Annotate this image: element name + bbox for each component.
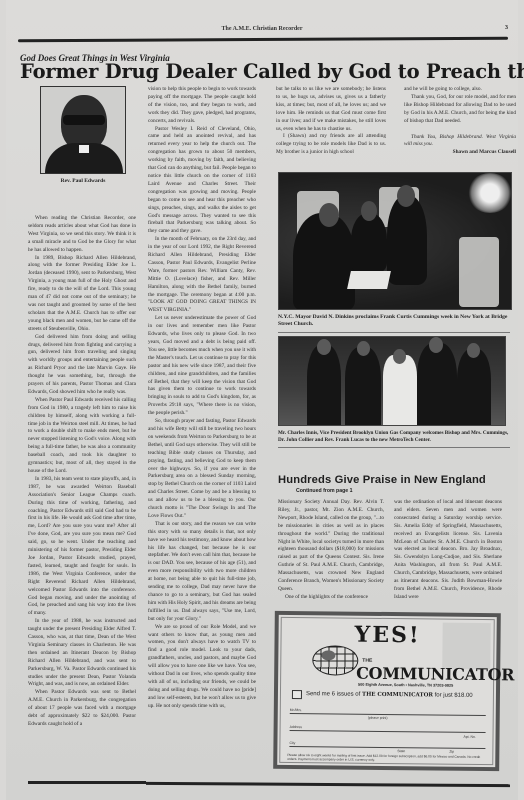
- paragraph: In the year of 1988, he was instructed a…: [28, 618, 136, 689]
- paragraph: Let us never underestimate the power of …: [148, 315, 256, 418]
- face-shape: [357, 341, 370, 356]
- article-headline: Former Drug Dealer Called by God to Prea…: [20, 60, 516, 83]
- globe-logo-icon: [312, 645, 358, 675]
- paragraph: Thank you, God, for our role model, and …: [404, 94, 516, 126]
- caption-rule: [278, 447, 510, 448]
- paragraph: In 1983, his team went to state playoffs…: [28, 476, 136, 618]
- dinkins-photo: [278, 172, 512, 310]
- paragraph: When Pastor Edwards was sent to Bethel A…: [28, 689, 136, 729]
- footer-rule: [146, 782, 510, 787]
- article1-column-1: When reading the Christian Recorder, one…: [28, 215, 136, 729]
- paragraph: but he talks to us like we are somebody;…: [276, 86, 386, 133]
- document-shape: [347, 271, 391, 289]
- paragraph: vision to help this people to begin to w…: [148, 86, 256, 126]
- face-shape: [393, 349, 406, 364]
- continued-label: Continued from page 1: [296, 488, 353, 494]
- city-field-label: City: [289, 741, 295, 745]
- signoff-name: Shawn and Marcus Clausell: [404, 149, 516, 157]
- subscribe-checkbox[interactable]: [292, 690, 302, 699]
- paragraph: Missionary Society Annual Day. Rev. Alvi…: [278, 499, 384, 594]
- face-shape: [361, 201, 377, 221]
- ad-yes-heading: YES!: [278, 621, 496, 649]
- article1-column-3: but he talks to us like we are somebody;…: [276, 86, 386, 157]
- subscription-ad: YES! THE COMMUNICATOR 500 Eighth Avenue,…: [273, 611, 501, 771]
- person-shape: [351, 213, 387, 273]
- portrait-photo: [40, 86, 126, 174]
- article2-column-1: Missionary Society Annual Day. Rev. Alvi…: [278, 499, 384, 602]
- zip-field-label: Zip: [449, 750, 454, 754]
- paragraph: I (Shawn) and my friends are all attendi…: [276, 133, 386, 157]
- article1-column-2: vision to help this people to begin to w…: [148, 86, 256, 711]
- paragraph: and he will be going to college, also.: [404, 86, 516, 94]
- person-shape: [417, 343, 457, 425]
- article2-headline: Hundreds Give Praise in New England: [278, 474, 510, 486]
- apt-field-label: Apt. No.: [464, 735, 476, 739]
- paragraph: was the ordination of local and itineran…: [394, 499, 502, 602]
- name-field-label: Mr./Mrs.: [290, 708, 302, 712]
- person-shape: [307, 345, 341, 425]
- table-shape: [459, 237, 499, 307]
- globe-land-shape: [321, 650, 335, 660]
- signoff-italic: Thank You, Bishop Hildebrand. West Virgi…: [404, 134, 516, 150]
- person-shape: [383, 355, 417, 425]
- address-field-label: Address: [290, 725, 302, 729]
- paragraph: So, through prayer and fasting, Pastor E…: [148, 418, 256, 521]
- portrait-glasses-shape: [63, 115, 105, 125]
- face-shape: [467, 343, 480, 358]
- name-field-hint: (please print): [368, 716, 388, 720]
- flowers-shape: [467, 173, 512, 213]
- portrait-caption: Rev. Paul Edwards: [40, 178, 126, 184]
- state-field-label: State: [397, 749, 405, 753]
- paragraph: That is our story, and the reason we can…: [148, 521, 256, 624]
- footer-rule: [28, 781, 146, 784]
- paragraph: When reading the Christian Recorder, one…: [28, 215, 136, 255]
- face-shape: [319, 203, 339, 227]
- paragraph: In the month of February, on the 23rd da…: [148, 236, 256, 315]
- dinkins-photo-caption: N.Y.C. Mayor David N. Dinkins proclaims …: [278, 314, 512, 328]
- paragraph: God delivered him from doing and selling…: [28, 334, 136, 397]
- offer-suffix: for just $18.00: [435, 692, 473, 698]
- paragraph: One of the highlights of the conference: [278, 594, 384, 602]
- person-shape: [345, 347, 381, 425]
- face-shape: [317, 339, 331, 355]
- person-shape: [457, 349, 491, 425]
- offer-prefix: Send me 6 issues of: [306, 691, 360, 698]
- ad-publication-name: COMMUNICATOR: [356, 664, 514, 685]
- face-shape: [397, 185, 415, 207]
- metrotech-photo-caption: Mr. Charles Innis, Vice President Brookl…: [278, 430, 510, 444]
- person-shape: [387, 195, 427, 285]
- portrait-collar-shape: [79, 145, 89, 153]
- offer-name: THE COMMUNICATOR: [362, 692, 433, 699]
- paragraph: We are so proud of our Role Model, and w…: [148, 624, 256, 711]
- article2-column-2: was the ordination of local and itineran…: [394, 499, 502, 602]
- newspaper-page: The A.M.E. Christian Recorder 3 God Does…: [6, 0, 518, 800]
- paragraph: In 1989, Bishop Richard Allen Hildebrand…: [28, 255, 136, 334]
- paragraph: When Pastor Paul Edwards received his ca…: [28, 397, 136, 476]
- face-shape: [429, 337, 443, 353]
- page-number: 3: [505, 25, 508, 31]
- person-shape: [293, 213, 355, 310]
- metrotech-photo: [278, 336, 506, 426]
- article1-column-4: and he will be going to college, also. T…: [404, 86, 516, 157]
- paragraph: Pastor Wesley I. Reid of Cleveland, Ohio…: [148, 126, 256, 237]
- caption-rule: [278, 332, 510, 333]
